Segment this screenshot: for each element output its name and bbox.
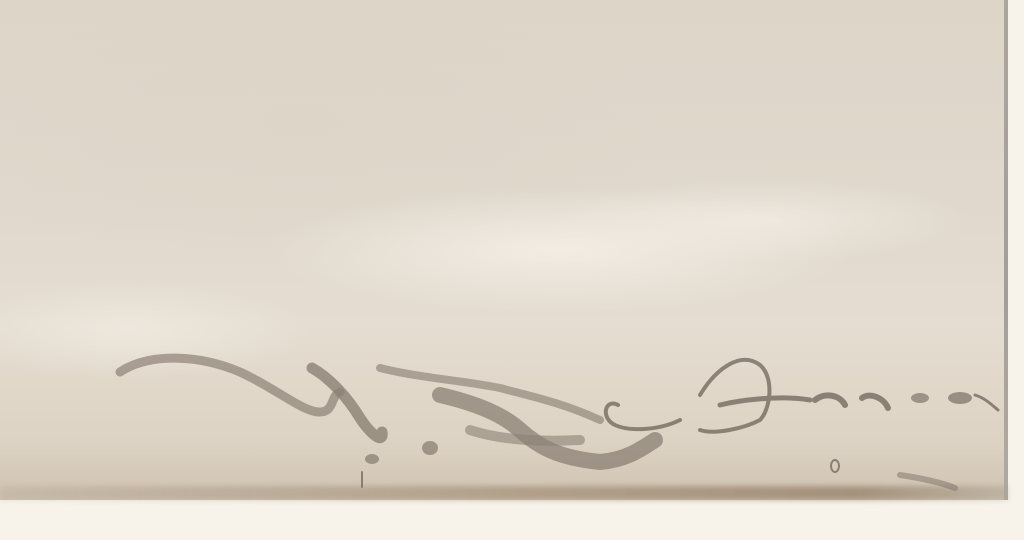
- signature: [0, 0, 1008, 500]
- watercolor-sheet: J. ... (illegible cursive signature): [0, 0, 1008, 500]
